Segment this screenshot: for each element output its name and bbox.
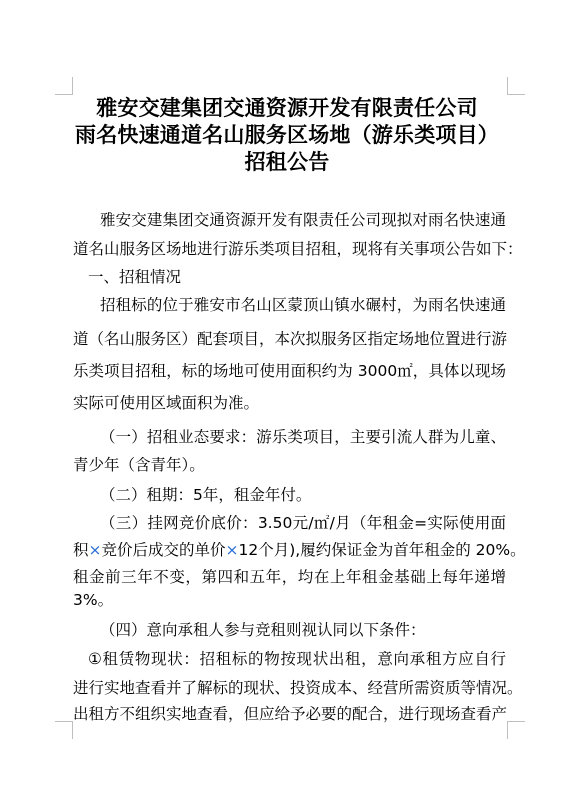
crop-mark-top-left <box>55 77 73 95</box>
multiply-sign-2: × <box>226 541 239 559</box>
title-line-3: 招租公告 <box>60 148 514 175</box>
crop-mark-bottom-right <box>507 721 525 739</box>
title-line-2: 雨名快速通道名山服务区场地（游乐类项目） <box>60 121 514 148</box>
item2-line-1: （二）租期：5年，租金年付。 <box>100 485 506 505</box>
location-line-4: 实际可使用区域面积为准。 <box>73 393 506 413</box>
item4-line-1: （四）意向承租人参与竞租则视认同以下条件： <box>100 620 506 640</box>
item3-line-1: （三）挂网竞价底价：3.50元/㎡/月（年租金=实际使用面 <box>100 513 506 533</box>
document-page: 雅安交建集团交通资源开发有限责任公司 雨名快速通道名山服务区场地（游乐类项目） … <box>0 0 574 802</box>
condition1-line-2: 进行实地查看并了解标的现状、投资成本、经营所需资质等情况。 <box>73 678 506 698</box>
intro-line-2: 道名山服务区场地进行游乐类项目招租，现将有关事项公告如下： <box>73 239 506 259</box>
item3-line-2-b: 竞价后成交的单价 <box>102 541 226 559</box>
condition1-line-3: 出租方不组织实地查看，但应给予必要的配合，进行现场查看产 <box>73 704 506 724</box>
item3-line-2-a: 积 <box>73 541 89 559</box>
condition1-line-1: ①租赁物现状：招租标的物按现状出租，意向承租方应自行 <box>88 649 506 669</box>
section-heading-rental: 一、招租情况 <box>88 267 521 287</box>
crop-mark-top-right <box>507 77 525 95</box>
location-line-3: 乐类项目招租，标的场地可使用面积约为 3000㎡，具体以现场 <box>73 361 506 381</box>
item3-line-4: 3%。 <box>73 590 506 610</box>
item3-line-3: 租金前三年不变，第四和五年，均在上年租金基础上每年递增 <box>73 567 506 587</box>
location-line-2: 道（名山服务区）配套项目，本次拟服务区指定场地位置进行游 <box>73 329 506 349</box>
item3-line-2: 积×竞价后成交的单价×12个月),履约保证金为首年租金的 20%。 <box>73 540 506 560</box>
title-line-1: 雅安交建集团交通资源开发有限责任公司 <box>60 94 514 121</box>
location-line-1: 招租标的位于雅安市名山区蒙顶山镇水碾村，为雨名快速通 <box>100 295 506 315</box>
crop-mark-bottom-left <box>55 721 73 739</box>
multiply-sign-1: × <box>89 541 102 559</box>
item3-line-2-c: 12个月),履约保证金为首年租金的 20%。 <box>239 541 526 559</box>
intro-line-1: 雅安交建集团交通资源开发有限责任公司现拟对雨名快速通 <box>100 210 506 230</box>
item1-line-1: （一）招租业态要求：游乐类项目，主要引流人群为儿童、 <box>100 427 506 447</box>
item1-line-2: 青少年（含青年）。 <box>73 455 506 475</box>
